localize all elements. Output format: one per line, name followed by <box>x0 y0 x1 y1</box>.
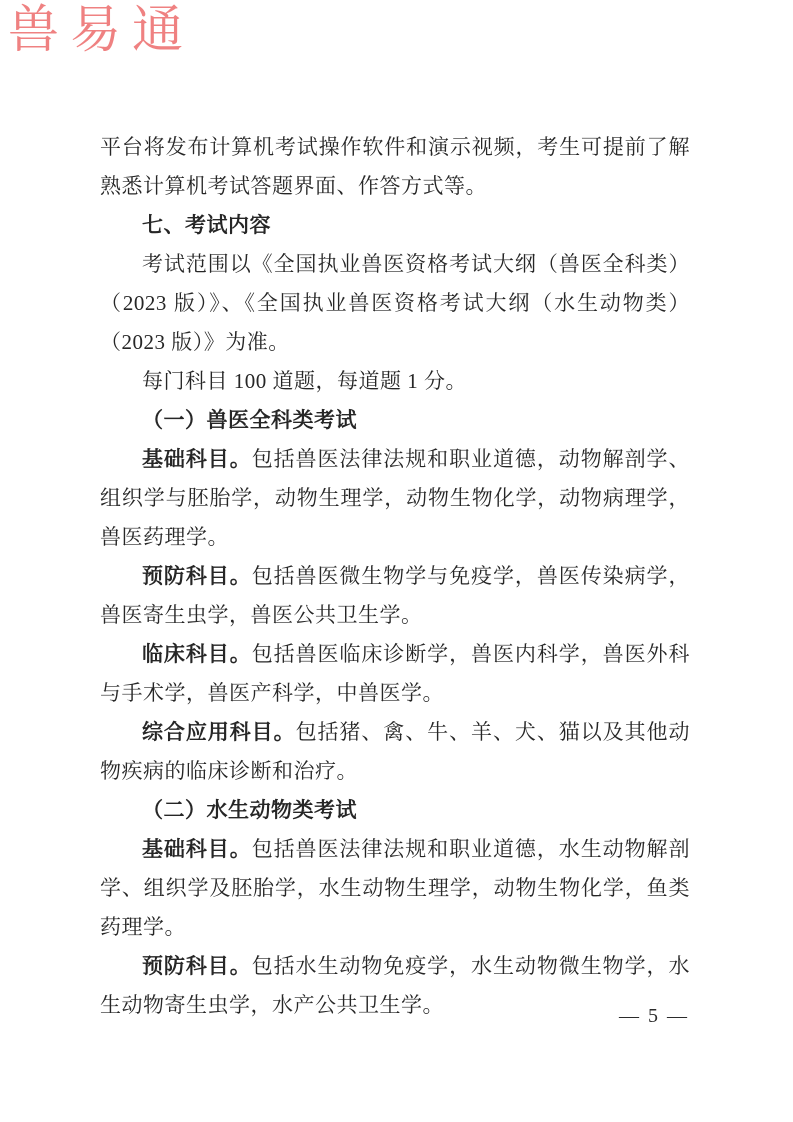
section-heading: （二）水生动物类考试 <box>100 791 690 830</box>
paragraph-lead: 临床科目。 <box>142 643 252 666</box>
document-content: 平台将发布计算机考试操作软件和演示视频，考生可提前了解熟悉计算机考试答题界面、作… <box>100 128 690 1025</box>
paragraph: 平台将发布计算机考试操作软件和演示视频，考生可提前了解熟悉计算机考试答题界面、作… <box>100 128 690 206</box>
paragraph-lead: 综合应用科目。 <box>142 721 296 744</box>
paragraph-lead: 基础科目。 <box>142 838 252 861</box>
paragraph: 基础科目。包括兽医法律法规和职业道德，动物解剖学、组织学与胚胎学，动物生理学，动… <box>100 440 690 557</box>
paragraph-text: 平台将发布计算机考试操作软件和演示视频，考生可提前了解熟悉计算机考试答题界面、作… <box>100 135 690 198</box>
paragraph: 基础科目。包括兽医法律法规和职业道德，水生动物解剖学、组织学及胚胎学，水生动物生… <box>100 830 690 947</box>
paragraph: 每门科目 100 道题，每道题 1 分。 <box>100 362 690 401</box>
paragraph-lead: 基础科目。 <box>142 448 252 471</box>
paragraph: 预防科目。包括水生动物免疫学，水生动物微生物学，水生动物寄生虫学，水产公共卫生学… <box>100 947 690 1025</box>
paragraph-lead: 预防科目。 <box>142 955 252 978</box>
page-number: — 5 — <box>619 1005 689 1028</box>
paragraph-text: （一）兽医全科类考试 <box>142 409 357 432</box>
paragraph: 临床科目。包括兽医临床诊断学，兽医内科学，兽医外科与手术学，兽医产科学，中兽医学… <box>100 635 690 713</box>
document-page: 兽易通 平台将发布计算机考试操作软件和演示视频，考生可提前了解熟悉计算机考试答题… <box>0 0 793 1122</box>
section-heading: 七、考试内容 <box>100 206 690 245</box>
section-heading: （一）兽医全科类考试 <box>100 401 690 440</box>
paragraph-text: 考试范围以《全国执业兽医资格考试大纲（兽医全科类）（2023 版）》、《全国执业… <box>100 252 690 354</box>
paragraph-text: 每门科目 100 道题，每道题 1 分。 <box>142 369 467 393</box>
paragraph-text: 七、考试内容 <box>142 214 271 237</box>
site-watermark: 兽易通 <box>8 2 194 60</box>
paragraph: 考试范围以《全国执业兽医资格考试大纲（兽医全科类）（2023 版）》、《全国执业… <box>100 245 690 362</box>
paragraph-text: （二）水生动物类考试 <box>142 799 357 822</box>
paragraph-lead: 预防科目。 <box>142 565 252 588</box>
paragraph: 预防科目。包括兽医微生物学与免疫学，兽医传染病学，兽医寄生虫学，兽医公共卫生学。 <box>100 557 690 635</box>
paragraph: 综合应用科目。包括猪、禽、牛、羊、犬、猫以及其他动物疾病的临床诊断和治疗。 <box>100 713 690 791</box>
